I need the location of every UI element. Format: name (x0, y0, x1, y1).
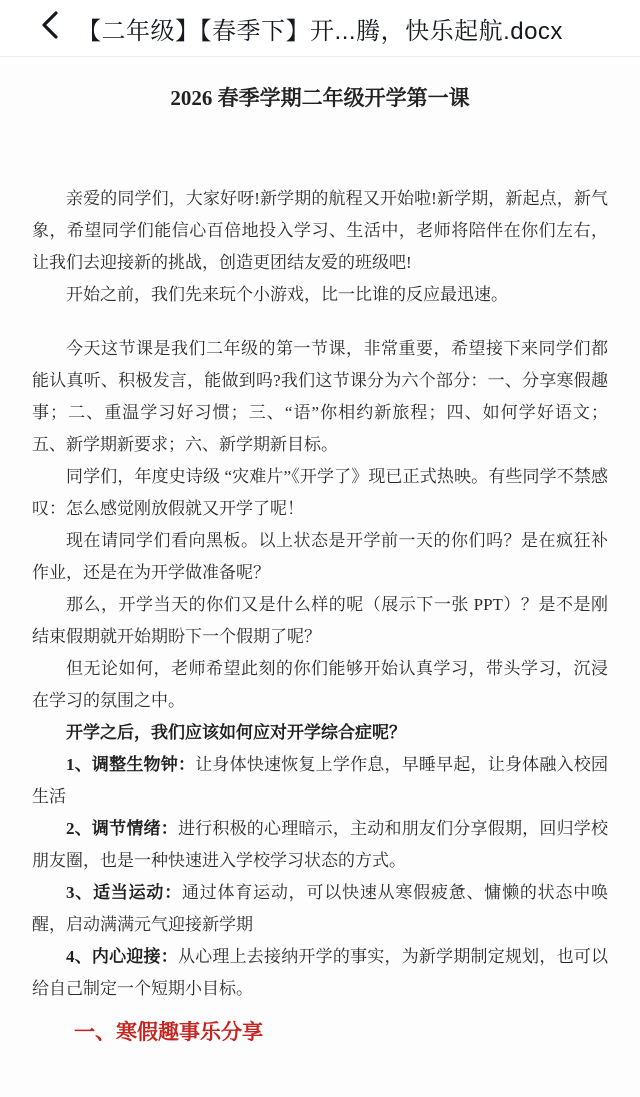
paragraph-lead: 4、内心迎接： (66, 947, 178, 966)
paragraph-lead: 3、适当运动： (66, 883, 182, 902)
section-heading: 一、寒假趣事乐分享 (32, 1015, 608, 1049)
paragraph: 4、内心迎接：从心理上去接纳开学的事实，为新学期制定规划，也可以给自己制定一个短… (32, 941, 608, 1005)
paragraph-lead: 1、调整生物钟： (66, 755, 195, 774)
paragraph: 1、调整生物钟：让身体快速恢复上学作息，早睡早起，让身体融入校园生活 (32, 749, 608, 813)
document-page: 2026 春季学期二年级开学第一课 亲爱的同学们，大家好呀!新学期的航程又开始啦… (0, 57, 640, 1097)
back-button[interactable] (34, 8, 66, 42)
paragraph: 开学之后，我们应该如何应对开学综合症呢？ (32, 717, 608, 749)
paragraph: 今天这节课是我们二年级的第一节课，非常重要，希望接下来同学们都能认真听、积极发言… (32, 333, 608, 461)
paragraph-spacer (32, 311, 608, 333)
document-body: 亲爱的同学们，大家好呀!新学期的航程又开始啦!新学期，新起点，新气象，希望同学们… (32, 183, 608, 1049)
chevron-left-icon (41, 11, 59, 39)
app-header: 【二年级】【春季下】开...腾，快乐起航.docx (0, 0, 640, 57)
document-filename-title: 【二年级】【春季下】开...腾，快乐起航.docx (77, 11, 563, 46)
document-title: 2026 春季学期二年级开学第一课 (32, 83, 608, 113)
paragraph: 那么，开学当天的你们又是什么样的呢（展示下一张 PPT）？是不是刚结束假期就开始… (32, 589, 608, 653)
paragraph-lead: 2、调节情绪： (66, 819, 178, 838)
paragraph: 3、适当运动：通过体育运动，可以快速从寒假疲惫、慵懒的状态中唤醒，启动满满元气迎… (32, 877, 608, 941)
paragraph: 2、调节情绪：进行积极的心理暗示，主动和朋友们分享假期，回归学校朋友圈，也是一种… (32, 813, 608, 877)
paragraph: 开始之前，我们先来玩个小游戏，比一比谁的反应最迅速。 (32, 279, 608, 311)
paragraph: 同学们，年度史诗级 “灾难片”《开学了》现已正式热映。有些同学不禁感叹：怎么感觉… (32, 461, 608, 525)
paragraph: 现在请同学们看向黑板。以上状态是开学前一天的你们吗？是在疯狂补作业，还是在为开学… (32, 525, 608, 589)
paragraph: 亲爱的同学们，大家好呀!新学期的航程又开始啦!新学期，新起点，新气象，希望同学们… (32, 183, 608, 279)
paragraph: 但无论如何，老师希望此刻的你们能够开始认真学习，带头学习，沉浸在学习的氛围之中。 (32, 653, 608, 717)
